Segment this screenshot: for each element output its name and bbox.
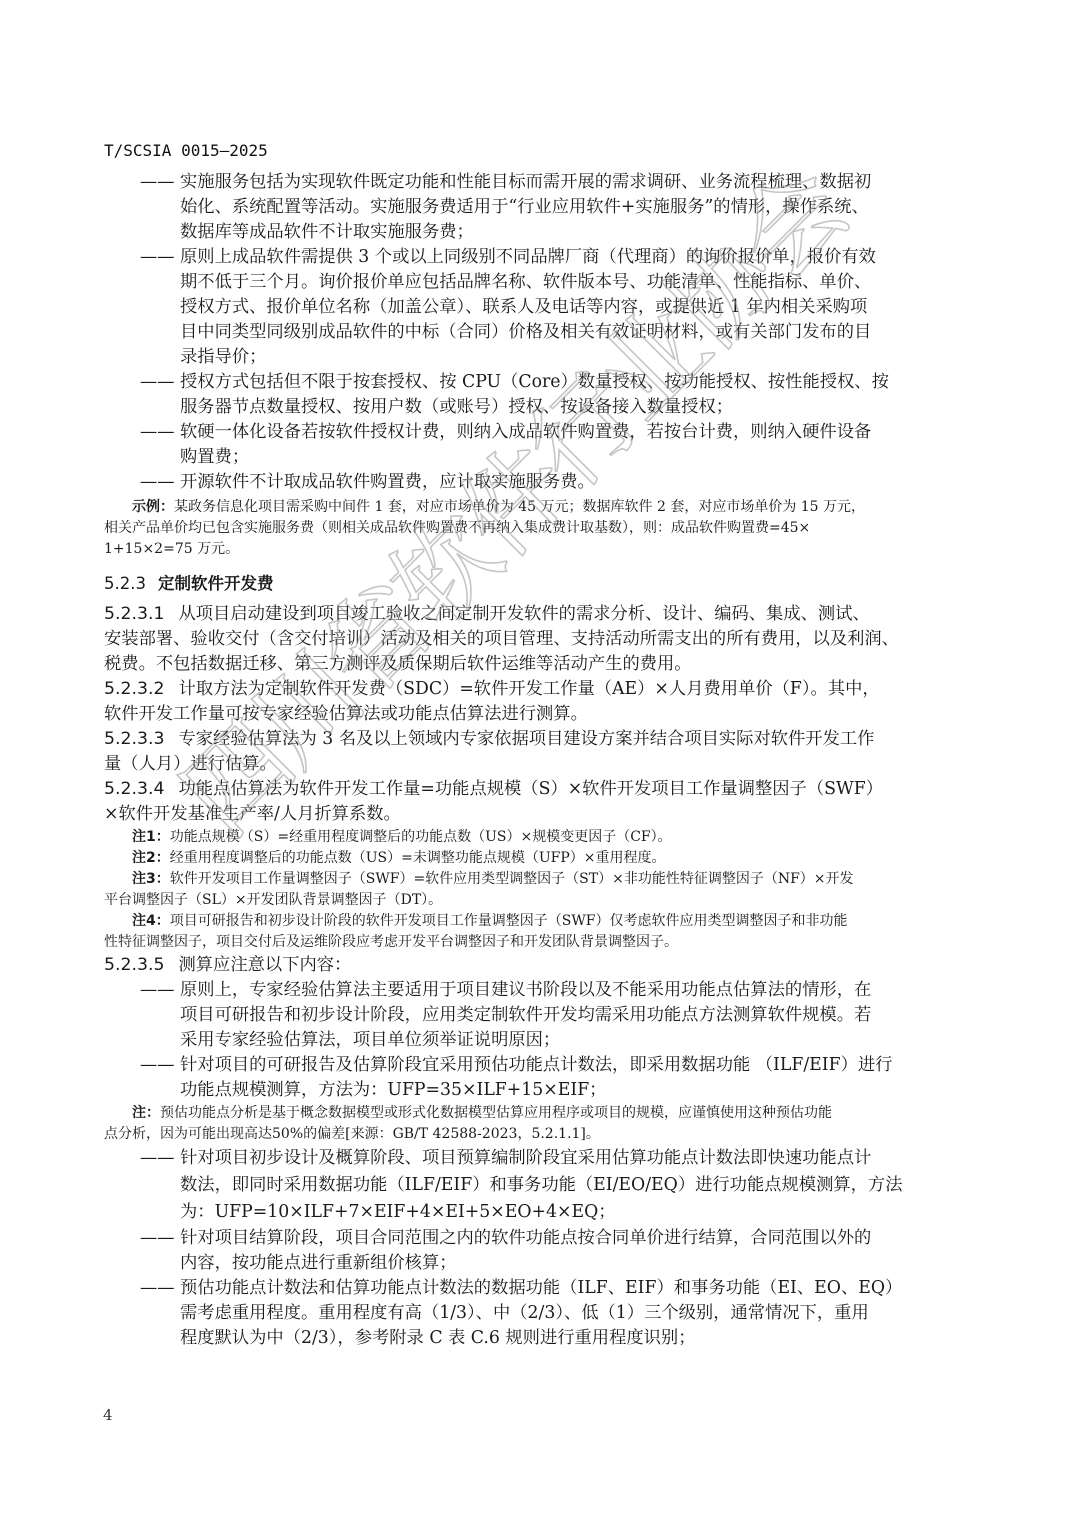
list-item: —— 原则上，专家经验估算法主要适用于项目建议书阶段以及不能采用功能点估算法的情… (104, 978, 950, 1053)
list-item: —— 授权方式包括但不限于按套授权、按 CPU（Core）数量授权、按功能授权、… (104, 370, 950, 420)
example-block: 示例：某政务信息化项目需采购中间件 1 套，对应市场单价为 45 万元；数据库软… (104, 497, 950, 560)
dash-marker: —— (140, 978, 175, 1003)
page-body: —— 实施服务包括为实现软件既定功能和性能目标而需开展的需求调研、业务流程梳理、… (104, 170, 950, 1351)
list-item: —— 实施服务包括为实现软件既定功能和性能目标而需开展的需求调研、业务流程梳理、… (104, 170, 950, 245)
note-4: 注4：项目可研报告和初步设计阶段的软件开发项目工作量调整因子（SWF）仅考虑软件… (104, 911, 950, 953)
list-item: —— 针对项目的可研报告及估算阶段宜采用预估功能点计数法，即采用数据功能 （IL… (104, 1053, 950, 1103)
dash-marker: —— (140, 1276, 175, 1301)
clause-5-2-3-5: 5.2.3.5测算应注意以下内容： (104, 953, 950, 978)
dash-marker: —— (140, 470, 175, 495)
dash-marker: —— (140, 1145, 175, 1172)
clause-5-2-3-3: 5.2.3.3专家经验估算法为 3 名及以上领域内专家依据项目建设方案并结合项目… (104, 727, 950, 777)
clause-5-2-3-2: 5.2.3.2计取方法为定制软件开发费（SDC）=软件开发工作量（AE）×人月费… (104, 677, 950, 727)
dash-marker: —— (140, 420, 175, 445)
dash-marker: —— (140, 370, 175, 395)
list-item: —— 原则上成品软件需提供 3 个或以上同级别不同品牌厂商（代理商）的询价报价单… (104, 245, 950, 370)
clause-5-2-3-1: 5.2.3.1从项目启动建设到项目竣工验收之间定制开发软件的需求分析、设计、编码… (104, 602, 950, 677)
list-item: —— 针对项目初步设计及概算阶段、项目预算编制阶段宜采用估算功能点计数法即快速功… (104, 1145, 950, 1226)
note-1: 注1：功能点规模（S）=经重用程度调整后的功能点数（US）×规模变更因子（CF）… (104, 827, 950, 848)
dash-list-a: —— 实施服务包括为实现软件既定功能和性能目标而需开展的需求调研、业务流程梳理、… (104, 170, 950, 495)
note-3: 注3：软件开发项目工作量调整因子（SWF）=软件应用类型调整因子（ST）×非功能… (104, 869, 950, 911)
clause-5-2-3-4: 5.2.3.4功能点估算法为软件开发工作量=功能点规模（S）×软件开发项目工作量… (104, 777, 950, 827)
list-item: —— 软硬一体化设备若按软件授权计费，则纳入成品软件购置费，若按台计费，则纳入硬… (104, 420, 950, 470)
list-item: —— 针对项目结算阶段，项目合同范围之内的软件功能点按合同单价进行结算，合同范围… (104, 1226, 950, 1276)
dash-marker: —— (140, 1226, 175, 1251)
list-item: —— 预估功能点计数法和估算功能点计数法的数据功能（ILF、EIF）和事务功能（… (104, 1276, 950, 1351)
page-number: 4 (103, 1406, 113, 1424)
example-label: 示例： (132, 499, 174, 515)
list-item: —— 开源软件不计取成品软件购置费，应计取实施服务费。 (104, 470, 950, 495)
dash-list-c: —— 针对项目初步设计及概算阶段、项目预算编制阶段宜采用估算功能点计数法即快速功… (104, 1145, 950, 1351)
standard-code: T/SCSIA 0015—2025 (104, 141, 268, 160)
dash-list-b: —— 原则上，专家经验估算法主要适用于项目建议书阶段以及不能采用功能点估算法的情… (104, 978, 950, 1103)
dash-marker: —— (140, 1053, 175, 1078)
dash-marker: —— (140, 245, 175, 270)
note-estimation: 注：预估功能点分析是基于概念数据模型或形式化数据模型估算应用程序或项目的规模，应… (104, 1103, 950, 1145)
dash-marker: —— (140, 170, 175, 195)
document-page: T/SCSIA 0015—2025 —— 实施服务包括为实现软件既定功能和性能目… (0, 0, 1080, 1528)
note-2: 注2：经重用程度调整后的功能点数（US）=未调整功能点规模（UFP）×重用程度。 (104, 848, 950, 869)
section-heading: 5.2.3定制软件开发费 (104, 570, 950, 594)
